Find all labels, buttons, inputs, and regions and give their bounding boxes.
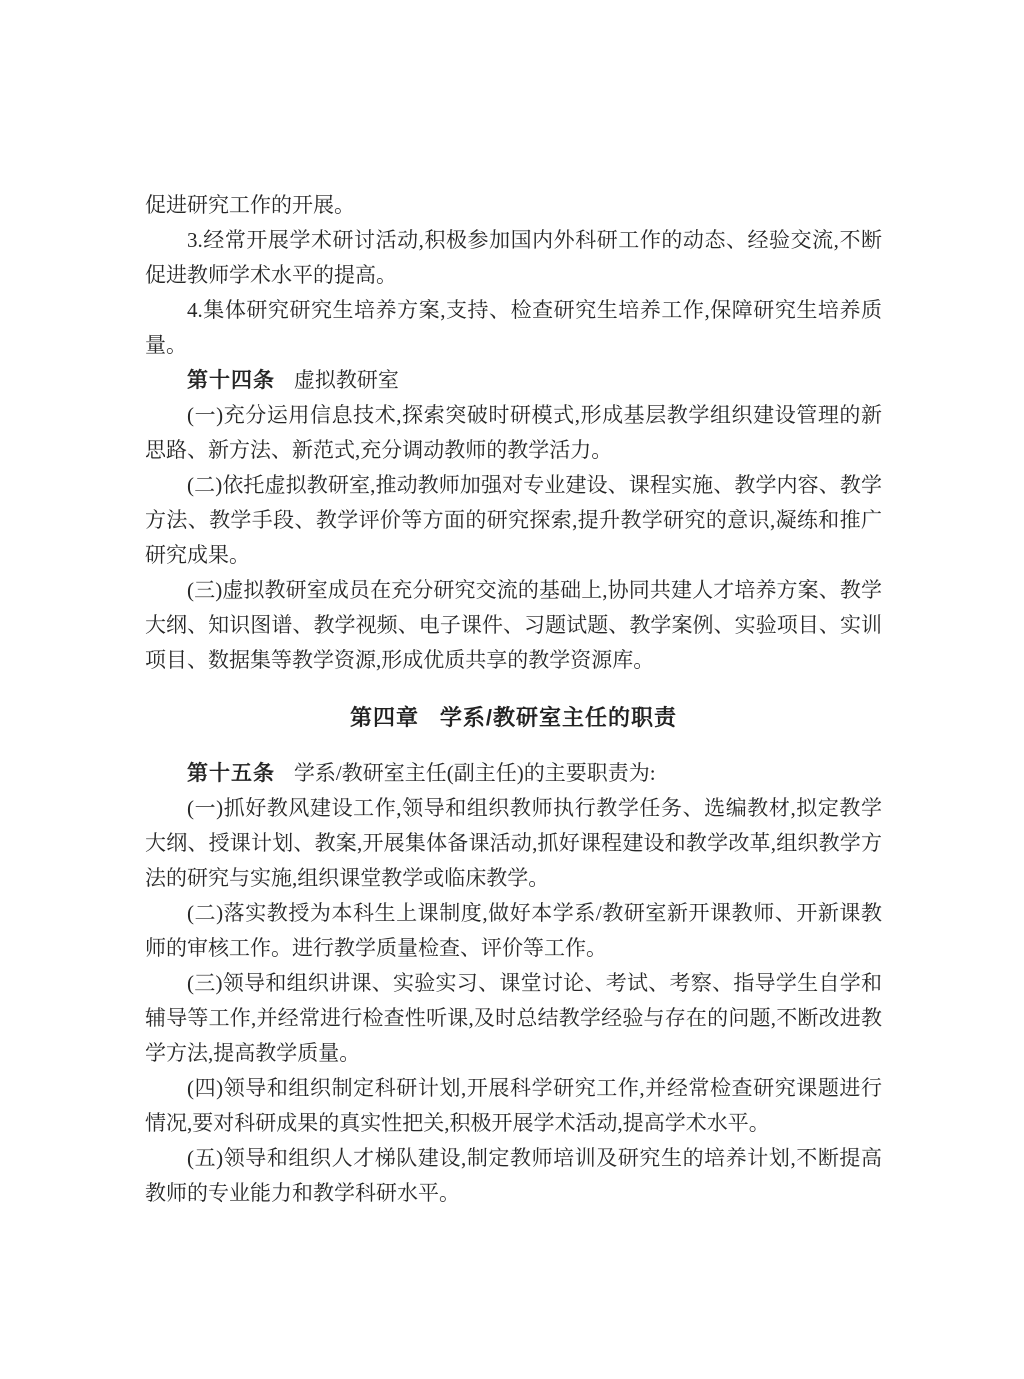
book-page: 促进研究工作的开展。 3.经常开展学术研讨活动,积极参加国内外科研工作的动态、经…: [0, 0, 1024, 1379]
paragraph: (三)领导和组织讲课、实验实习、课堂讨论、考试、考察、指导学生自学和辅导等工作,…: [145, 966, 882, 1071]
paragraph: 3.经常开展学术研讨活动,积极参加国内外科研工作的动态、经验交流,不断促进教师学…: [145, 223, 882, 293]
chapter-title: 学系/教研室主任的职责: [440, 705, 677, 730]
article-lead-text: 学系/教研室主任(副主任)的主要职责为:: [294, 761, 656, 785]
chapter-heading: 第四章学系/教研室主任的职责: [145, 700, 882, 735]
article-title: 虚拟教研室: [294, 368, 399, 392]
article-heading: 第十四条虚拟教研室: [145, 363, 882, 398]
paragraph: (五)领导和组织人才梯队建设,制定教师培训及研究生的培养计划,不断提高教师的专业…: [145, 1141, 882, 1211]
article-number: 第十四条: [187, 369, 275, 392]
chapter-number: 第四章: [350, 705, 419, 730]
article-number: 第十五条: [187, 762, 275, 785]
paragraph: (一)充分运用信息技术,探索突破时研模式,形成基层教学组织建设管理的新思路、新方…: [145, 398, 882, 468]
paragraph: (四)领导和组织制定科研计划,开展科学研究工作,并经常检查研究课题进行情况,要对…: [145, 1071, 882, 1141]
paragraph-continuation: 促进研究工作的开展。: [145, 188, 882, 223]
paragraph: (三)虚拟教研室成员在充分研究交流的基础上,协同共建人才培养方案、教学大纲、知识…: [145, 573, 882, 678]
paragraph: (一)抓好教风建设工作,领导和组织教师执行教学任务、选编教材,拟定教学大纲、授课…: [145, 791, 882, 896]
article-lead-paragraph: 第十五条学系/教研室主任(副主任)的主要职责为:: [145, 756, 882, 791]
paragraph: 4.集体研究研究生培养方案,支持、检查研究生培养工作,保障研究生培养质量。: [145, 293, 882, 363]
paragraph: (二)落实教授为本科生上课制度,做好本学系/教研室新开课教师、开新课教师的审核工…: [145, 896, 882, 966]
text-column: 促进研究工作的开展。 3.经常开展学术研讨活动,积极参加国内外科研工作的动态、经…: [145, 188, 882, 1211]
paragraph: (二)依托虚拟教研室,推动教师加强对专业建设、课程实施、教学内容、教学方法、教学…: [145, 468, 882, 573]
